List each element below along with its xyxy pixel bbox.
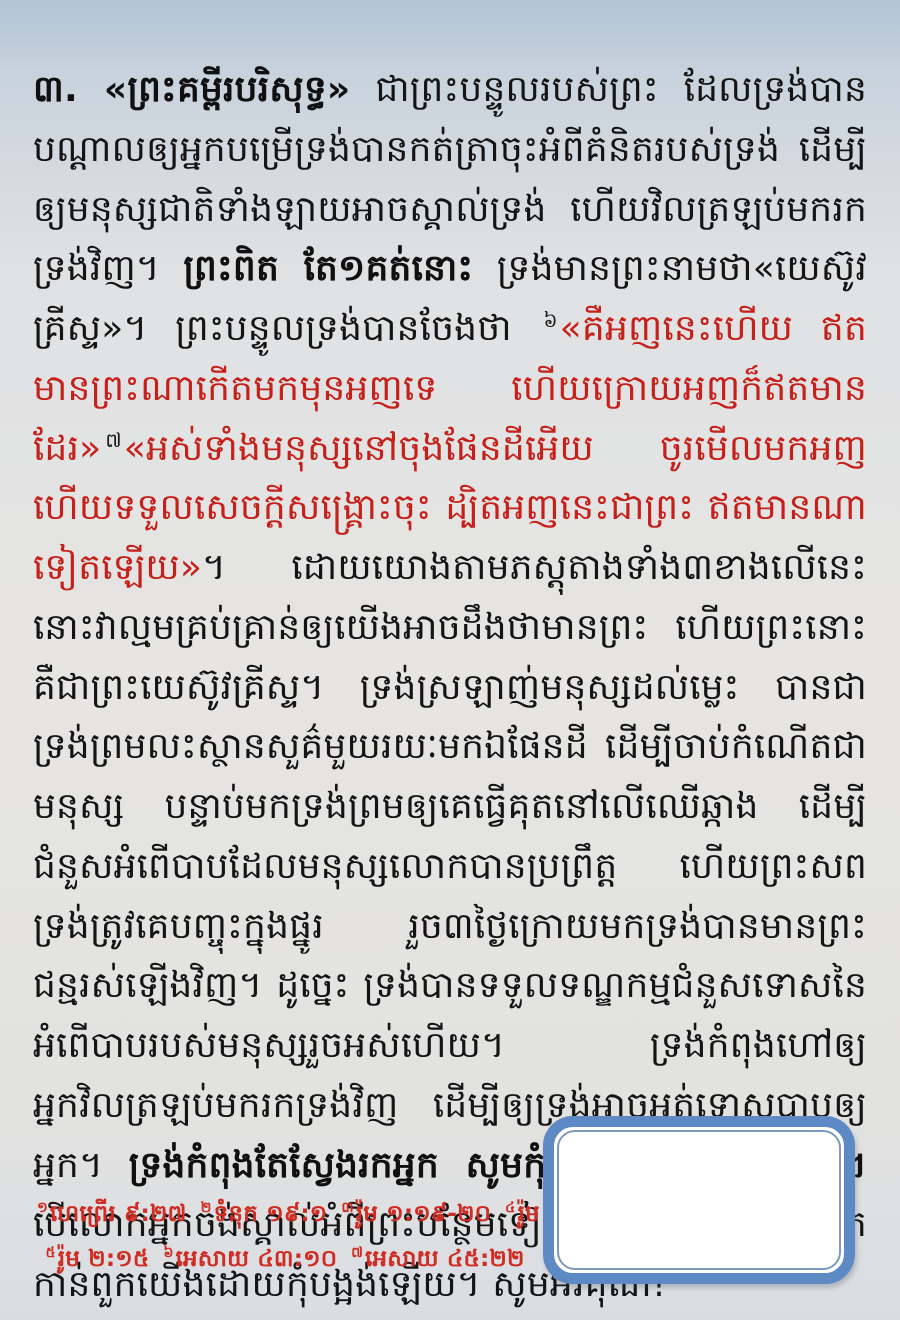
footnote-ref-text: ហេព្រើរ ៩:២៧ xyxy=(50,1201,187,1227)
footnote-ref-marker: ២ xyxy=(201,1200,212,1216)
footnote-ref-text: អេសាយ ៤៣:១០ xyxy=(176,1246,338,1272)
footnote-ref: ១ហេព្រើរ ៩:២៧ xyxy=(37,1201,187,1227)
footnote-ref-text: រ៉ូម ២:១៥ xyxy=(58,1246,150,1272)
footnote-marker-6: ៦ xyxy=(539,309,559,332)
footnote-ref-marker: ៧ xyxy=(351,1245,363,1261)
footnote-ref-marker: ១ xyxy=(37,1200,48,1216)
footnote-ref-text: ទំនុក ១៩:១ xyxy=(214,1201,328,1227)
contact-info-box-inner xyxy=(557,1130,841,1270)
footnote-references: ១ហេព្រើរ ៩:២៧២ទំនុក ១៩:១៣រ៉ូម ១:១៩-២០៤រ៉… xyxy=(30,1192,540,1282)
explanation-text: ។ ដោយយោងតាមភស្តុតាងទាំង៣ខាងលើនេះ នោះវាល្… xyxy=(33,547,867,1186)
footnote-ref-marker: ៤ xyxy=(505,1200,515,1216)
one-true-god-text: ព្រះពិត តែ១គត់នោះ xyxy=(183,248,473,289)
footnote-marker-7: ៧ xyxy=(101,429,123,452)
footnote-ref-marker: ៣ xyxy=(341,1200,353,1216)
section-heading: ៣. «ព្រះគម្ពីរបរិសុទ្ធ» xyxy=(33,69,350,110)
tract-page: ៣. «ព្រះគម្ពីរបរិសុទ្ធ» ជាព្រះបន្ទូលរបស់… xyxy=(0,0,900,1320)
footnote-ref: ៥រ៉ូម ២:១៥ xyxy=(45,1246,149,1272)
footnote-ref: ៧អេសាយ ៤៥:២២ xyxy=(351,1246,524,1272)
footnote-ref-marker: ៥ xyxy=(45,1245,55,1261)
footnote-ref-marker: ៦ xyxy=(163,1245,173,1261)
contact-info-box xyxy=(543,1116,855,1284)
footnote-ref-text: អេសាយ ៤៥:២២ xyxy=(365,1246,524,1272)
footnote-ref: ៣រ៉ូម ១:១៩-២០ xyxy=(341,1201,491,1227)
footnote-ref: ២ទំនុក ១៩:១ xyxy=(201,1201,328,1227)
footnote-ref: ៦អេសាយ ៤៣:១០ xyxy=(163,1246,337,1272)
footnote-ref-text: រ៉ូម ១:១៩-២០ xyxy=(356,1201,491,1227)
